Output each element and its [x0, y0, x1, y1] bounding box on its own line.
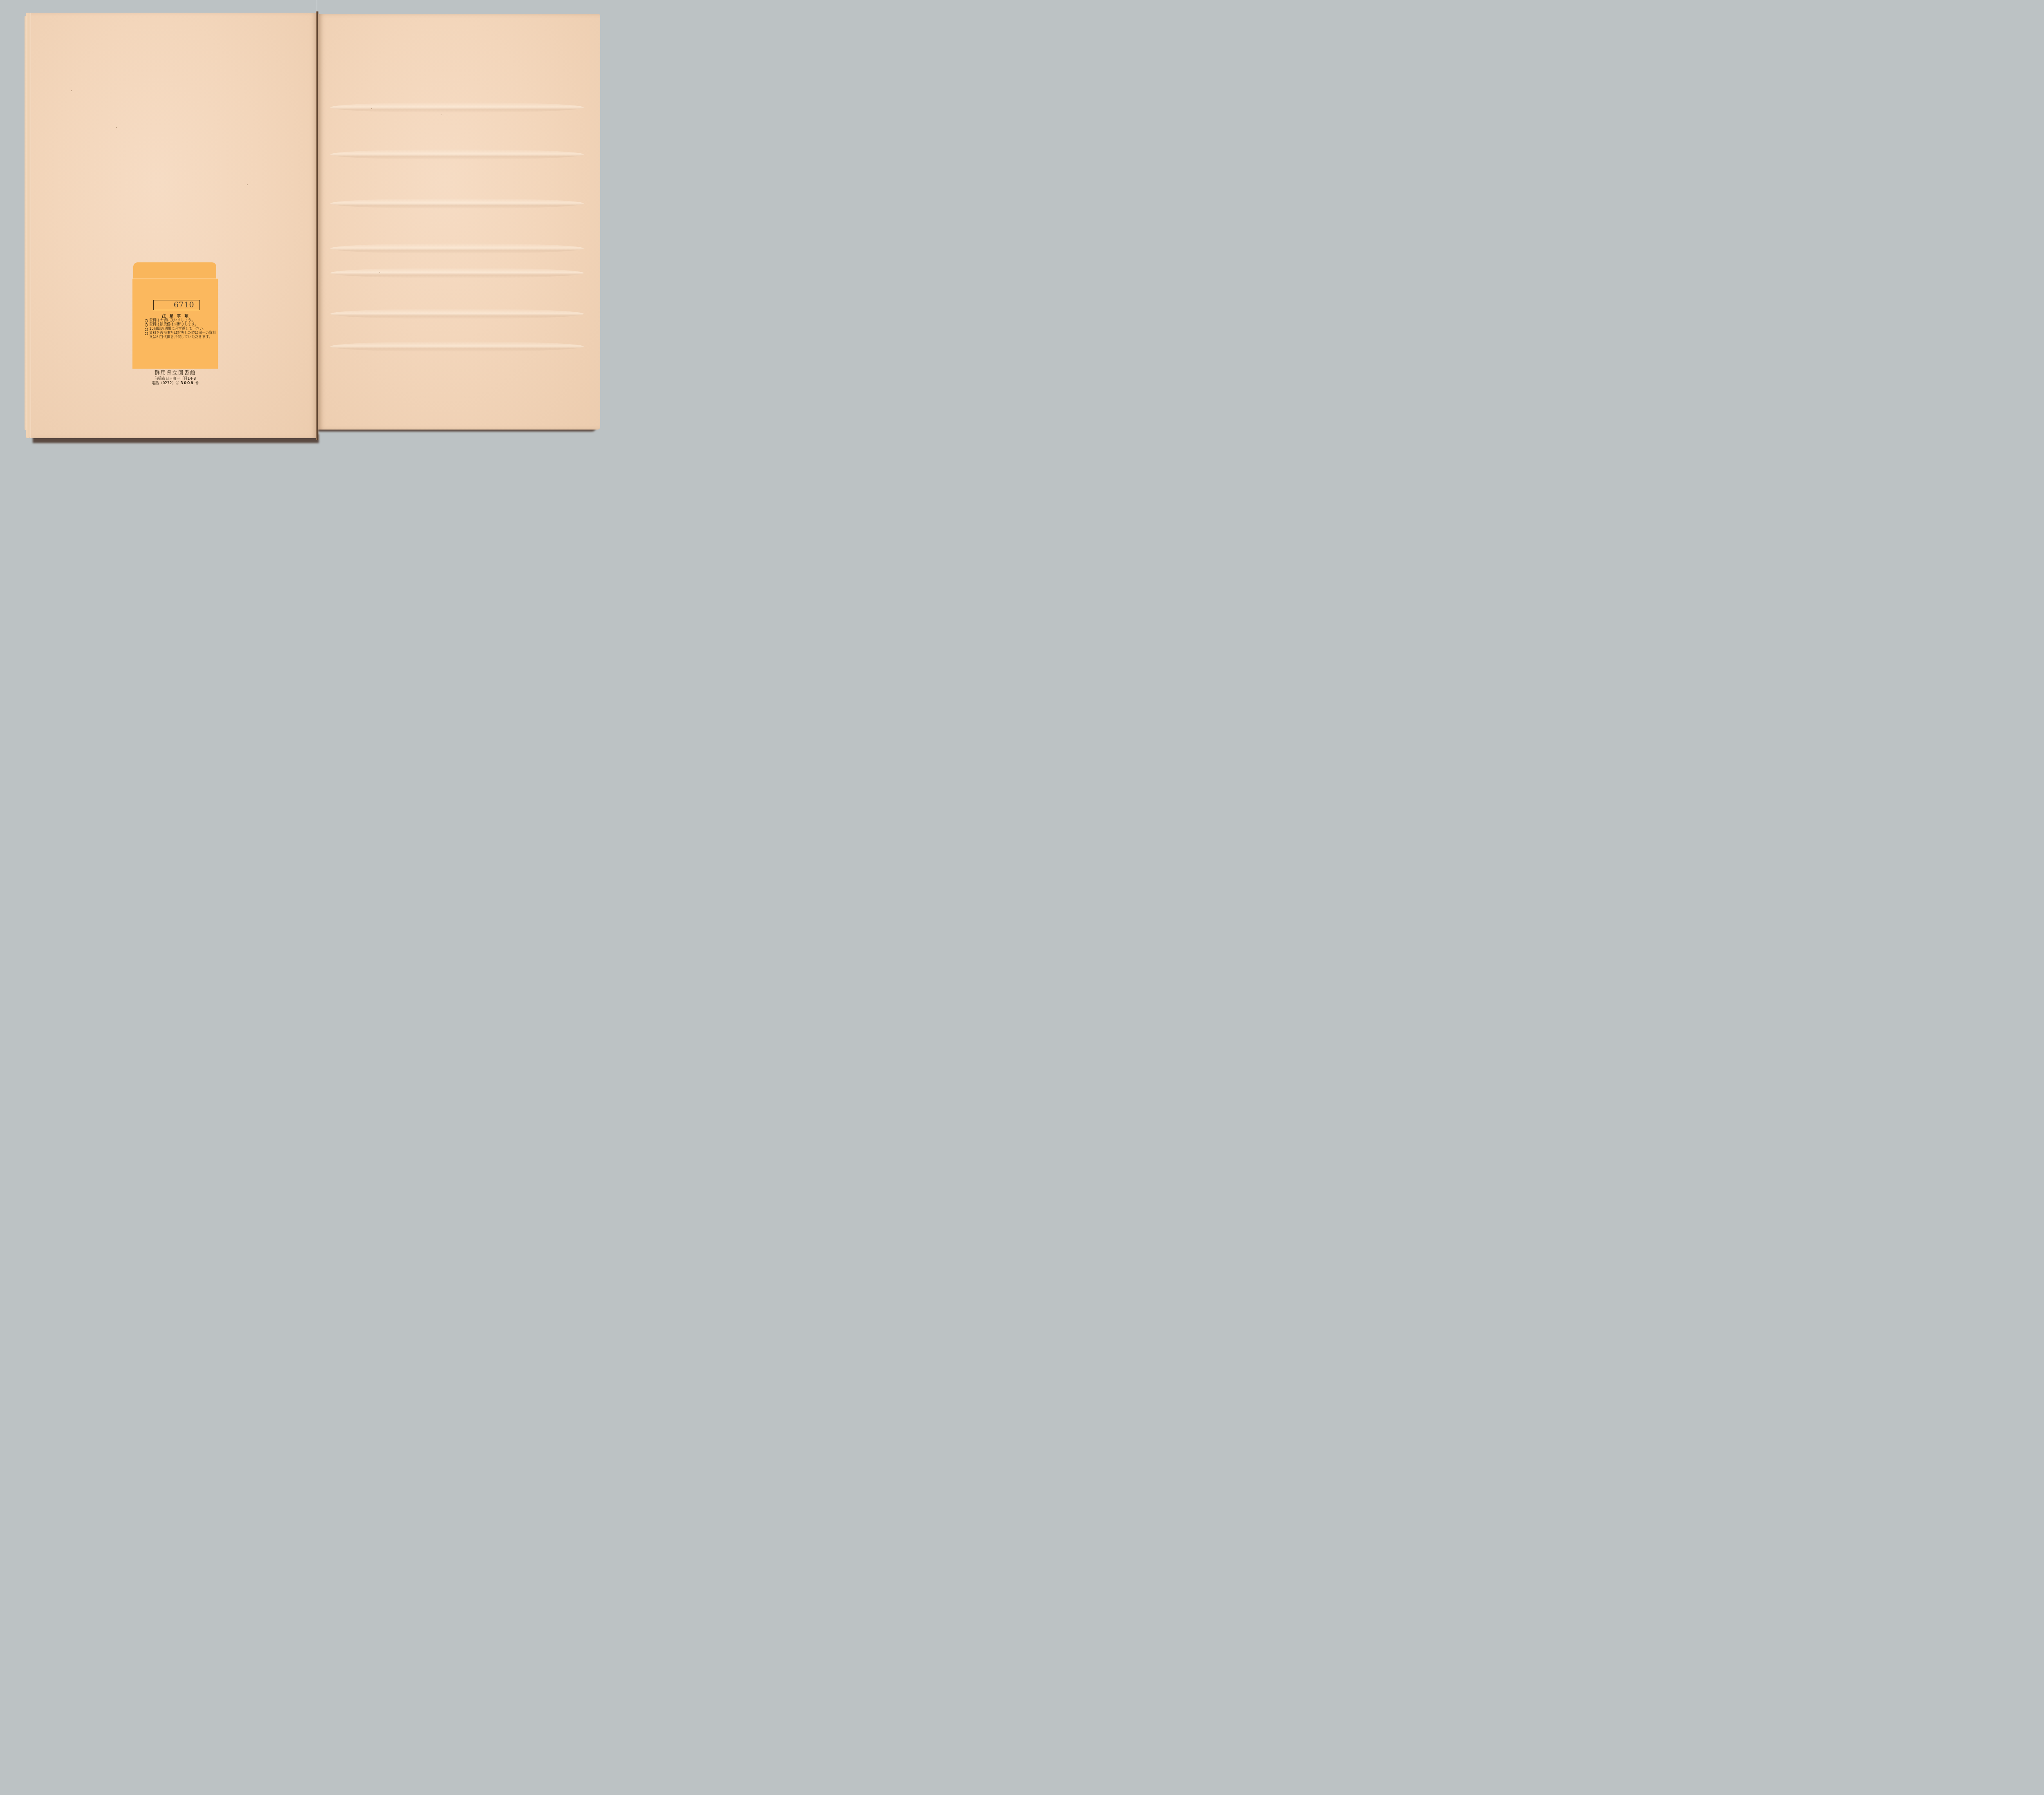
paper-wrinkle: [330, 309, 584, 319]
library-card-pocket: 6710 注意事項 資料は大切に扱いましょう。 資料は転貸借はお断りします。 1…: [132, 262, 218, 368]
paper-wrinkle: [330, 268, 584, 278]
call-number-box: 6710: [153, 300, 200, 310]
paper-speck: [247, 184, 248, 185]
paper-speck: [71, 90, 72, 91]
phone-number: 3008: [180, 381, 194, 385]
notice-list: 資料は大切に扱いましょう。 資料は転貸借はお断りします。 15日間の期限に必ず返…: [145, 318, 217, 339]
paper-wrinkle: [330, 243, 584, 254]
paper-speck: [116, 127, 117, 128]
library-name: 群馬県立図書館: [132, 368, 218, 376]
paper-wrinkle: [330, 341, 584, 352]
phone-suffix: 番: [195, 381, 199, 385]
paper-speck: [379, 272, 380, 273]
notice-item: 資料は大切に扱いましょう。: [145, 318, 217, 322]
pocket-front: 6710 注意事項 資料は大切に扱いましょう。 資料は転貸借はお断りします。 1…: [132, 279, 218, 369]
paper-speck: [441, 114, 442, 115]
notice-item: 資料は転貸借はお断りします。: [145, 322, 217, 327]
notice-item: 15日間の期限に必ず返して下さい。: [145, 327, 217, 331]
page-edge-stack: [25, 16, 27, 430]
right-page: [318, 14, 600, 430]
paper-wrinkle: [330, 149, 584, 160]
left-page: 6710 注意事項 資料は大切に扱いましょう。 資料は転貸借はお断りします。 1…: [26, 13, 317, 438]
notice-title: 注意事項: [132, 313, 218, 318]
phone-prefix: 電話（0272）㉛: [152, 381, 179, 385]
paper-speck: [371, 108, 372, 109]
paper-wrinkle: [330, 102, 584, 113]
library-phone: 電話（0272）㉛ 3008 番: [132, 380, 218, 385]
paper-wrinkle: [330, 198, 584, 209]
notice-item: 資料を汚損または紛失した時は同一の資料又は相当代価を弁償していただきます。: [145, 331, 217, 340]
